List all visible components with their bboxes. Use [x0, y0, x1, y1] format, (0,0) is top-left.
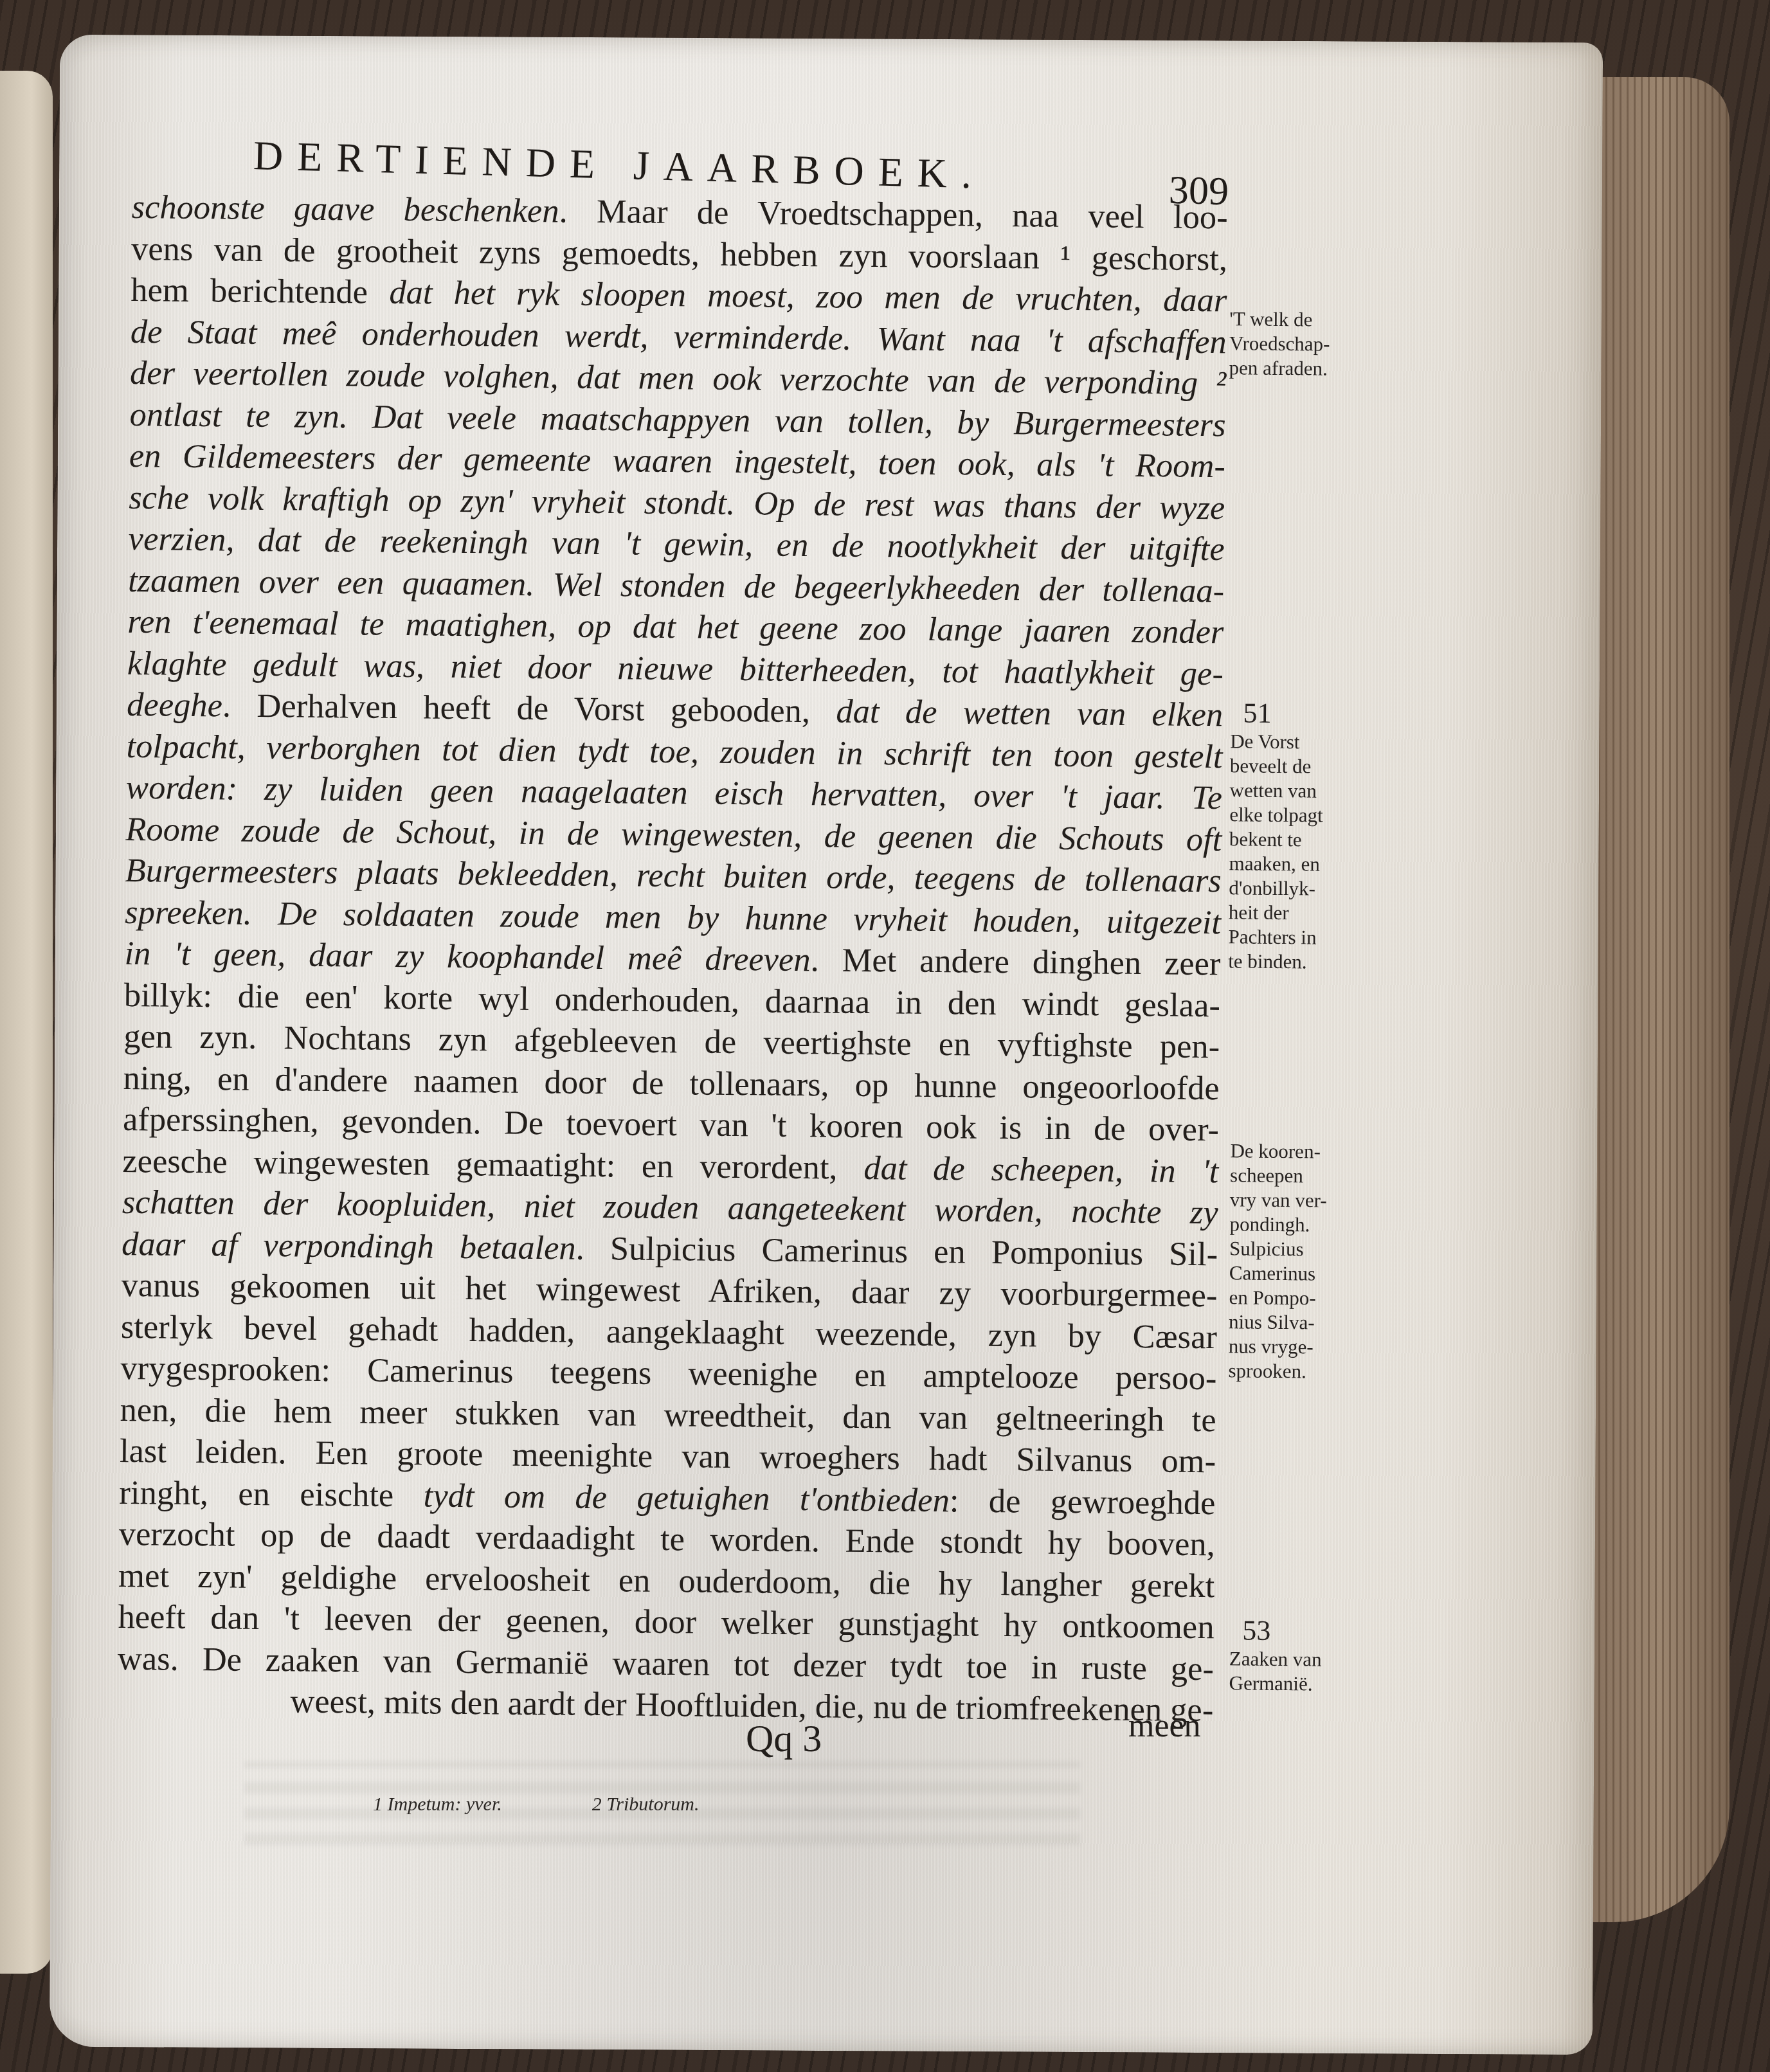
margin-note-line: d'onbillyk-: [1229, 876, 1323, 901]
margin-note-line: nus vryge-: [1229, 1334, 1326, 1359]
roman-text: last leiden. Een groote meenighte van wr…: [120, 1432, 1216, 1480]
adjacent-left-page: [0, 71, 53, 1974]
margin-note-line: Sulpicius: [1229, 1236, 1326, 1261]
italic-text: dat het ryk sloopen moest, zoo men de vr…: [389, 274, 1227, 320]
margin-note-line: wetten van: [1229, 778, 1323, 803]
margin-note-line: Vroedschap-: [1229, 331, 1330, 356]
roman-text: was. De zaaken van Germanië waaren tot d…: [118, 1639, 1214, 1687]
italic-text: dat de wetten van elken: [836, 693, 1223, 734]
roman-text: . Maar de Vroedtschappen, naa veel loo-: [559, 192, 1228, 236]
margin-note-line: te binden.: [1228, 949, 1322, 974]
italic-text: worden: zy luiden geen naagelaaten eisch…: [126, 769, 1222, 816]
margin-note-line: elke tolpagt: [1229, 802, 1323, 827]
margin-note-line: Camerinus: [1229, 1261, 1326, 1286]
margin-note-51-tolpacht: 51De Vorstbeveelt dewetten vanelke tolpa…: [1228, 697, 1324, 974]
section-number: 51: [1230, 697, 1324, 730]
footnote-2: 2 Tributorum.: [592, 1794, 700, 1815]
italic-text: ren t'eenemaal te maatighen, op dat het …: [127, 603, 1224, 651]
margin-note-line: vry van ver-: [1230, 1187, 1327, 1212]
margin-note-line: 'T welk de: [1229, 307, 1330, 332]
margin-note-line: De kooren-: [1230, 1139, 1327, 1164]
signature-mark: Qq 3: [746, 1716, 822, 1761]
italic-text: schatten der koopluiden, niet zouden aan…: [122, 1184, 1218, 1231]
margin-note-line: pen afraden.: [1229, 356, 1330, 381]
italic-text: en Gildemeesters der gemeente waaren ing…: [129, 437, 1225, 485]
italic-text: Burgermeesters plaats bekleedden, recht …: [125, 852, 1222, 899]
catchword: meen: [1128, 1707, 1201, 1745]
roman-text: hem berichtende: [131, 271, 389, 311]
body-text: schoonste gaave beschenken. Maar de Vroe…: [117, 186, 1228, 1731]
roman-text: ringht, en eischte: [119, 1473, 424, 1514]
margin-note-line: De Vorst: [1230, 729, 1324, 754]
margin-note-line: en Pompo-: [1229, 1285, 1326, 1310]
section-number: 53: [1229, 1614, 1322, 1647]
margin-note-line: maaken, en: [1229, 851, 1323, 876]
footnote-1: 1 Impetum: yver.: [373, 1794, 502, 1815]
roman-text: verzocht op de daadt verdaadight te word…: [119, 1515, 1215, 1563]
roman-text: vanus gekoomen uit het wingewest Afriken…: [121, 1266, 1217, 1314]
roman-text: . Sulpicius Camerinus en Pomponius Sil-: [575, 1229, 1218, 1273]
roman-text: afperssinghen, gevonden. De toevoert van…: [123, 1101, 1219, 1148]
margin-note-line: heit der: [1229, 900, 1323, 925]
italic-text: in 't geen, daar zy koophandel meê dreev…: [124, 935, 811, 978]
roman-text: vrygesprooken: Camerinus teegens weenigh…: [120, 1349, 1216, 1397]
margin-note-line: Pachters in: [1228, 924, 1322, 950]
roman-text: zeesche wingewesten gemaatight: en veror…: [122, 1142, 863, 1186]
footnotes: 1 Impetum: yver. 2 Tributorum.: [373, 1794, 699, 1815]
margin-note-53-germanie: 53Zaaken vanGermanië.: [1229, 1614, 1322, 1696]
margin-note-line: Zaaken van: [1229, 1646, 1322, 1671]
margin-note-line: Germanië.: [1229, 1671, 1321, 1696]
margin-note-line: pondingh.: [1229, 1212, 1326, 1237]
margin-note-line: sprooken.: [1228, 1358, 1325, 1383]
margin-note-line: scheepen: [1230, 1163, 1327, 1188]
italic-text: der veertollen zoude volghen, dat men oo…: [130, 354, 1226, 402]
italic-text: daar af verpondingh betaalen: [122, 1225, 576, 1266]
roman-text: : de gewroeghde: [950, 1482, 1216, 1522]
roman-text: gen zyn. Nochtans zyn afgebleeven de vee…: [123, 1018, 1220, 1065]
margin-note-vroedschappen: 'T welk deVroedschap-pen afraden.: [1229, 307, 1331, 381]
margin-note-line: nius Silva-: [1229, 1310, 1326, 1335]
italic-text: tydt om de getuighen t'ontbieden: [423, 1477, 950, 1519]
margin-note-line: bekent te: [1229, 827, 1323, 852]
margin-note-line: beveelt de: [1230, 753, 1324, 779]
roman-text: . Met andere dinghen zeer: [810, 941, 1220, 982]
roman-text: heeft dan 't leeven der geenen, door wel…: [118, 1598, 1214, 1646]
italic-text: dat de scheepen, in 't: [863, 1149, 1219, 1189]
italic-text: schoonste gaave beschenken: [131, 188, 559, 230]
italic-text: deeghe: [127, 686, 222, 724]
roman-text: . Derhalven heeft de Vorst gebooden,: [222, 687, 836, 730]
italic-text: verzien, dat de reekeningh van 't gewin,…: [128, 520, 1224, 568]
margin-note-koorenscheepen: De kooren-scheepenvry van ver-pondingh.S…: [1228, 1139, 1327, 1383]
